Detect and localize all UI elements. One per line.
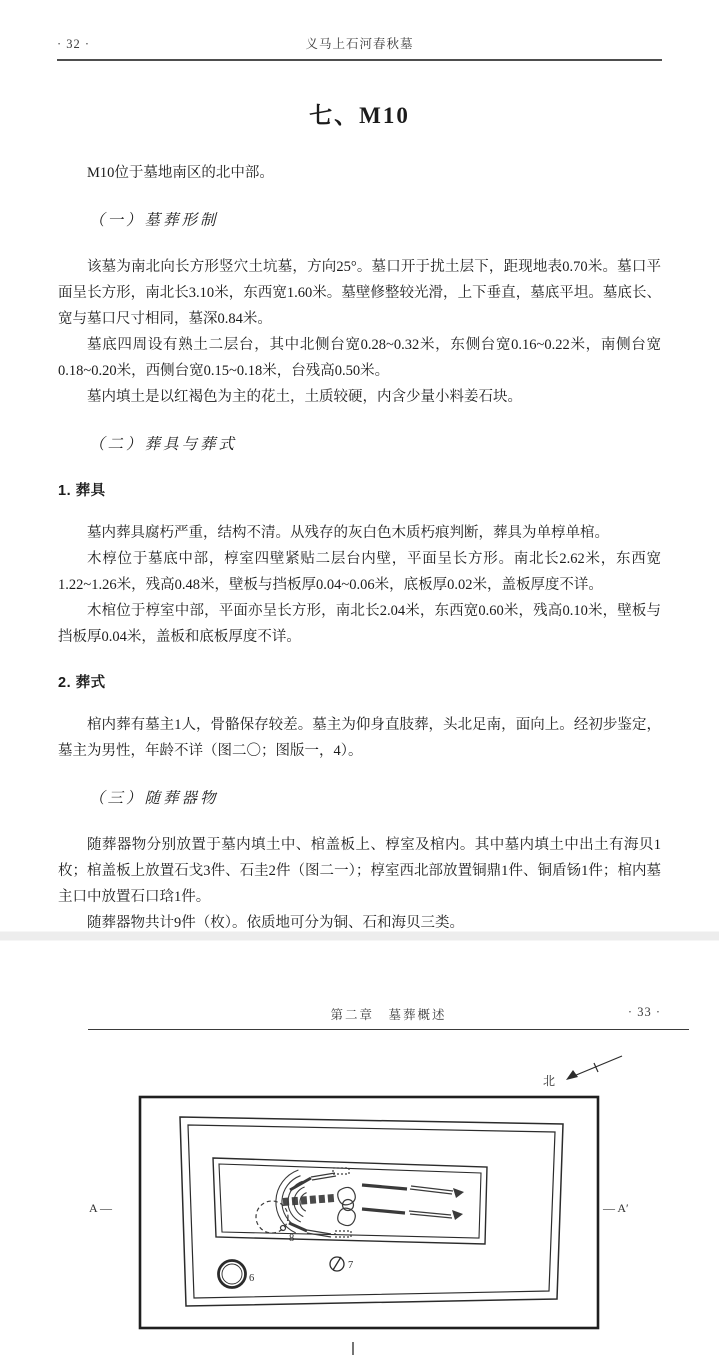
paragraph: 木棺位于椁室中部，平面亦呈长方形，南北长2.04米，东西宽0.60米，残高0.1… — [58, 598, 661, 650]
spine — [283, 1198, 334, 1202]
page-separator — [0, 931, 719, 941]
coffin-outer-outline — [213, 1158, 487, 1244]
paragraph: 该墓为南北向长方形竖穴土坑墓，方向25°。墓口开于扰土层下，距现地表0.70米。… — [58, 254, 661, 332]
page-32: · 32 · 义马上石河春秋墓 七、M10 M10位于墓地南区的北中部。 （一）… — [0, 0, 719, 931]
section-line-label-a: A — — [89, 1201, 113, 1215]
paragraph: 棺内葬有墓主1人，骨骼保存较差。墓主为仰身直肢葬，头北足南，面向上。经初步鉴定，… — [58, 712, 661, 764]
coffin-inner-outline — [219, 1164, 481, 1238]
heading-burial-furniture: （二）葬具与葬式 — [58, 432, 661, 458]
bronze-ding-circle — [219, 1261, 246, 1288]
pelvis — [338, 1187, 356, 1225]
paragraph: 随葬器物分别放置于墓内填土中、棺盖板上、椁室及棺内。其中墓内填土中出土有海贝1枚… — [58, 832, 661, 910]
page-33-running-header: 第二章 墓葬概述 · 33 · — [88, 1005, 689, 1023]
paragraph: 木椁位于墓底中部，椁室四壁紧贴二层台内壁，平面呈长方形。南北长2.62米，东西宽… — [58, 546, 661, 598]
skull-outline — [256, 1201, 288, 1233]
page-32-body: M10位于墓地南区的北中部。 （一）墓葬形制 该墓为南北向长方形竖穴土坑墓，方向… — [58, 160, 661, 931]
heading-grave-goods: （三）随葬器物 — [58, 786, 661, 812]
find-7-circle — [330, 1257, 344, 1271]
find-label-6: 6 — [249, 1273, 254, 1284]
find-label-7: 7 — [348, 1260, 353, 1271]
leg-bones — [362, 1185, 453, 1218]
foot — [452, 1210, 463, 1220]
header-rule — [57, 59, 662, 61]
subheading-zangshi: 2. 葬式 — [58, 670, 661, 696]
section-line-label-a-prime: — A′ — [602, 1201, 629, 1215]
arm-bones — [289, 1173, 336, 1237]
skeleton-drawing — [256, 1168, 464, 1237]
find-label-8: 8 — [289, 1233, 294, 1244]
chapter-title: 第二章 墓葬概述 — [88, 1005, 689, 1023]
page-32-running-header: · 32 · 义马上石河春秋墓 — [57, 34, 662, 52]
book-title: 义马上石河春秋墓 — [177, 34, 542, 52]
tomb-m10-plan-figure: 北 — [85, 1047, 645, 1363]
section-title-m10: 七、M10 — [0, 97, 719, 130]
paragraph: 随葬器物共计9件（枚）。依质地可分为铜、石和海贝三类。 — [58, 910, 661, 931]
dashed-artifact-outline — [335, 1231, 351, 1237]
foot — [453, 1188, 464, 1198]
paragraph: 墓底四周设有熟土二层台，其中北侧台宽0.28~0.32米，东侧台宽0.16~0.… — [58, 332, 661, 384]
north-label: 北 — [543, 1074, 555, 1088]
guo-chamber-outer-outline — [180, 1117, 563, 1306]
intro-paragraph: M10位于墓地南区的北中部。 — [58, 160, 661, 186]
heading-tomb-form: （一）墓葬形制 — [58, 208, 661, 234]
paragraph: 墓内填土是以红褐色为主的花土，土质较硬，内含少量小料姜石块。 — [58, 384, 661, 410]
page-33-number: · 33 · — [628, 1005, 661, 1020]
page-33: 第二章 墓葬概述 · 33 · 北 — [0, 941, 719, 1363]
guo-chamber-inner-outline — [188, 1125, 555, 1298]
paragraph: 墓内葬具腐朽严重，结构不清。从残存的灰白色木质朽痕判断，葬具为单椁单棺。 — [58, 520, 661, 546]
subheading-zangju: 1. 葬具 — [58, 478, 661, 504]
header-rule — [88, 1029, 689, 1030]
mouth-item-8 — [281, 1226, 286, 1231]
document-view: · 32 · 义马上石河春秋墓 七、M10 M10位于墓地南区的北中部。 （一）… — [0, 0, 719, 1363]
north-arrow-icon — [566, 1056, 622, 1080]
page-32-number: · 32 · — [57, 37, 177, 52]
